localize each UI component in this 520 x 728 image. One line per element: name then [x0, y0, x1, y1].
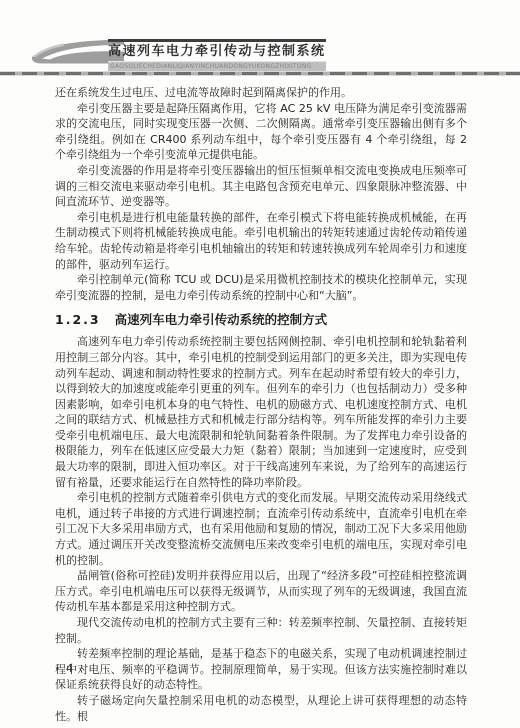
paragraph: 高速列车电力牵引传动系统控制主要包括网侧控制、牵引电机控制和轮轨黏着利用控制三部… — [55, 334, 467, 490]
book-page: 高速列车电力牵引传动与控制系统 GAOSULIECHEDIANLIQIANYIN… — [0, 0, 520, 728]
section-title: 高速列车电力牵引传动系统的控制方式 — [115, 312, 328, 327]
paragraph: 牵引电机的控制方式随着牵引供电方式的变化而发展。早期交流传动采用绕线式电机，通过… — [55, 490, 467, 568]
header-title-block: 高速列车电力牵引传动与控制系统 GAOSULIECHEDIANLIQIANYIN… — [108, 39, 326, 71]
paragraph: 牵引电机是进行机电能量转换的部件，在牵引模式下将电能转换成机械能，在再生制动模式… — [55, 210, 467, 272]
book-title: 高速列车电力牵引传动与控制系统 — [108, 45, 326, 59]
book-title-pinyin: GAOSULIECHEDIANLIQIANYINCHUANDONGYUKONGZ… — [108, 61, 326, 71]
paragraph: 晶闸管(俗称可控硅)发明并获得应用以后，出现了“经济多段”可控硅相控整流调压方式… — [55, 568, 467, 615]
paragraph: 转差频率控制的理论基础，是基于稳态下的电磁关系，实现了电动机调速控制过程中对电压… — [55, 646, 467, 693]
paragraph: 转子磁场定向矢量控制采用电机的动态模型，从理论上讲可获得理想的动态特性。根 — [55, 693, 467, 724]
paragraph: 牵引控制单元(简称 TCU 或 DCU)是采用微机控制技术的模块化控制单元，实现… — [55, 272, 467, 303]
paragraph: 还在系统发生过电压、过电流等故障时起到隔离保护的作用。 — [55, 85, 467, 101]
page-footer: · 4 · — [55, 662, 86, 675]
section-heading: 1.2.3高速列车电力牵引传动系统的控制方式 — [55, 312, 467, 328]
section-number: 1.2.3 — [55, 312, 101, 327]
header-top-rule — [108, 39, 326, 42]
paragraph: 现代交流传动电机的控制方式主要有三种：转差频率控制、矢量控制、直接转矩控制。 — [55, 615, 467, 646]
paragraph: 牵引变压器主要是起降压隔离作用，它将 AC 25 kV 电压降为满足牵引变流器需… — [55, 101, 467, 163]
page-number: · 4 · — [55, 662, 86, 675]
paragraph: 牵引变流器的作用是将牵引变压器输出的恒压恒频单相交流电变换成电压频率可调的三相交… — [55, 163, 467, 210]
page-header: 高速列车电力牵引传动与控制系统 GAOSULIECHEDIANLIQIANYIN… — [30, 36, 326, 71]
header-divider — [0, 71, 520, 76]
page-body: 还在系统发生过电压、过电流等故障时起到隔离保护的作用。 牵引变压器主要是起降压隔… — [55, 85, 467, 724]
